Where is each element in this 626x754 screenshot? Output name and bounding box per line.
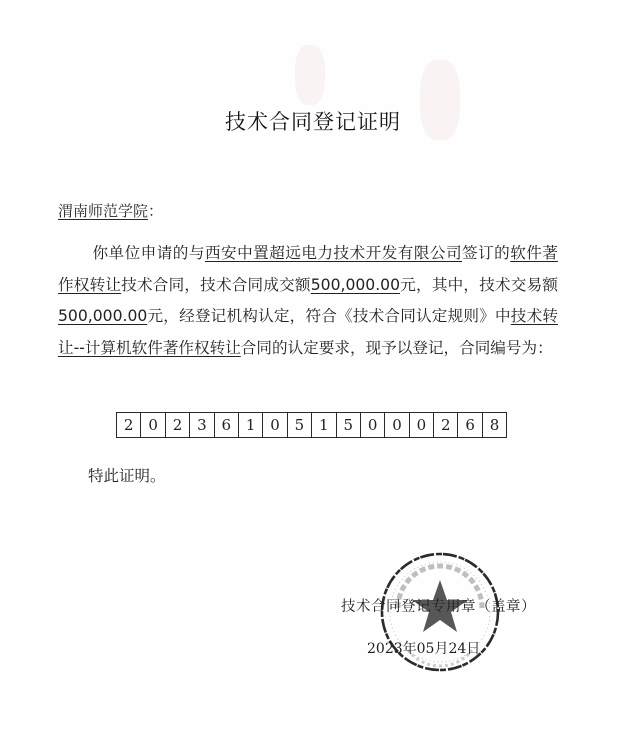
contract-number-digit: 0 (410, 412, 434, 438)
contract-number-digit: 2 (117, 412, 141, 438)
body-text-segment: 合同的认定要求，现予以登记，合同编号为： (241, 339, 553, 357)
background-smudge (295, 45, 325, 105)
contract-number-digit: 0 (361, 412, 385, 438)
body-text-segment: 元，经登记机构认定，符合《技术合同认定规则》中 (147, 307, 511, 325)
contract-number-digit: 5 (337, 412, 361, 438)
document-title: 技术合同登记证明 (0, 106, 626, 136)
transaction-amount: 500,000.00 (311, 276, 400, 294)
body-text-segment: 你单位申请的与 (92, 244, 205, 262)
contract-number-digit: 0 (141, 412, 165, 438)
addressee-name: 渭南师范学院 (58, 202, 148, 220)
addressee: 渭南师范学院： (58, 200, 163, 221)
certificate-page: 技术合同登记证明 渭南师范学院： 你单位申请的与西安中置超远电力技术开发有限公司… (0, 0, 626, 754)
contract-number-digit: 5 (288, 412, 312, 438)
contract-number-digit: 6 (215, 412, 239, 438)
signature-seal-label: 技术合同登记专用章（盖章） (341, 595, 536, 616)
contract-number-digit: 0 (385, 412, 409, 438)
closing-statement: 特此证明。 (88, 464, 166, 486)
body-text-segment: 技术合同，技术合同成交额 (121, 276, 311, 294)
contract-number-digit: 8 (483, 412, 507, 438)
contract-number-digit: 2 (166, 412, 190, 438)
technology-amount: 500,000.00 (58, 307, 147, 325)
counterparty-name: 西安中置超远电力技术开发有限公司 (205, 244, 462, 262)
contract-number-digit: 1 (312, 412, 336, 438)
body-text-segment: 签订的 (462, 244, 510, 262)
contract-number-digit: 6 (458, 412, 482, 438)
addressee-colon: ： (148, 202, 163, 220)
body-text-segment: 元，其中，技术交易额 (400, 276, 558, 294)
contract-number-boxes: 2 0 2 3 6 1 0 5 1 5 0 0 0 2 6 8 (116, 412, 507, 438)
contract-number-digit: 2 (434, 412, 458, 438)
contract-number-digit: 1 (239, 412, 263, 438)
contract-number-digit: 0 (263, 412, 287, 438)
contract-number-digit: 3 (190, 412, 214, 438)
signature-date: 2023年05月24日 (367, 638, 480, 658)
certificate-body: 你单位申请的与西安中置超远电力技术开发有限公司签订的软件著作权转让技术合同，技术… (58, 238, 558, 364)
